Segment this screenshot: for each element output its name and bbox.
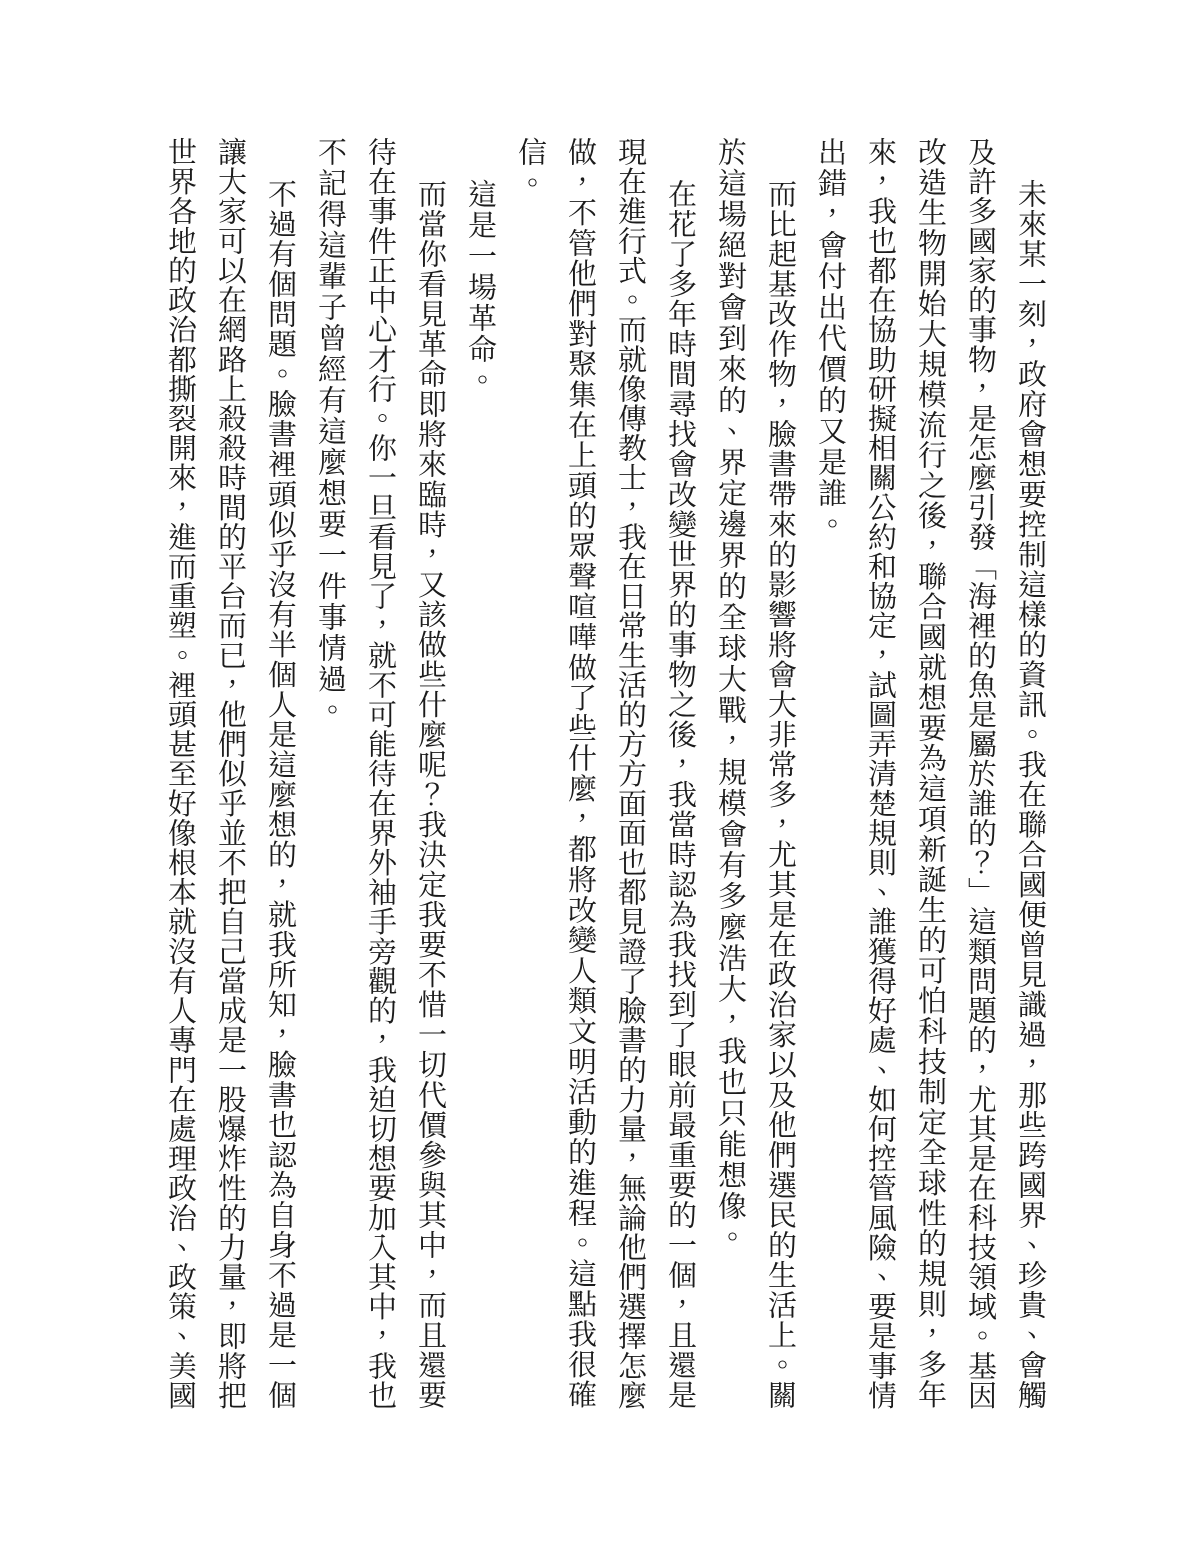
text-column-10: 做，不管他們對聚集在上頭的眾聲喧嘩做了些什麼，都將改變人類文明活動的進程。這點我… [555,137,605,1410]
text-column-16: 不過有個問題。臉書裡頭似乎沒有半個人是這麼想的，就我所知，臉書也認為自身不過是一… [255,137,305,1410]
text-column-5: 出錯，會付出代價的又是誰。 [805,137,855,1410]
text-column-6: 而比起基改作物，臉書帶來的影響將會大非常多，尤其是在政治家以及他們選民的生活上。… [755,137,805,1410]
text-column-8: 在花了多年時間尋找會改變世界的事物之後，我當時認為我找到了眼前最重要的一個，且還… [655,137,705,1410]
text-column-12: 這是一場革命。 [455,137,505,1410]
text-column-13: 而當你看見革命即將來臨時，又該做些什麼呢？我決定我要不惜一切代價參與其中，而且還… [405,137,455,1410]
text-column-15: 不記得這輩子曾經有這麼想要一件事情過。 [305,137,355,1410]
text-column-14: 待在事件正中心才行。你一旦看見了，就不可能待在界外袖手旁觀的，我迫切想要加入其中… [355,137,405,1410]
body-text: 未來某一刻，政府會想要控制這樣的資訊。我在聯合國便曾見識過，那些跨國界、珍貴、會… [155,137,1055,1410]
text-column-17: 讓大家可以在網路上殺殺時間的平台而已，他們似乎並不把自己當成是一股爆炸性的力量，… [205,137,255,1410]
text-column-1: 未來某一刻，政府會想要控制這樣的資訊。我在聯合國便曾見識過，那些跨國界、珍貴、會… [1005,137,1055,1410]
text-column-2: 及許多國家的事物，是怎麼引發「海裡的魚是屬於誰的？」這類問題的，尤其是在科技領域… [955,137,1005,1410]
text-column-7: 於這場絕對會到來的、界定邊界的全球大戰，規模會有多麼浩大，我也只能想像。 [705,137,755,1410]
text-column-3: 改造生物開始大規模流行之後，聯合國就想要為這項新誕生的可怕科技制定全球性的規則，… [905,137,955,1410]
text-column-11: 信。 [505,137,555,1410]
text-column-9: 現在進行式。而就像傳教士，我在日常生活的方方面面也都見證了臉書的力量，無論他們選… [605,137,655,1410]
text-column-18: 世界各地的政治都撕裂開來，進而重塑。裡頭甚至好像根本就沒有人專門在處理政治、政策… [155,137,205,1410]
text-column-4: 來，我也都在協助研擬相關公約和協定，試圖弄清楚規則、誰獲得好處、如何控管風險、要… [855,137,905,1410]
book-page: 未來某一刻，政府會想要控制這樣的資訊。我在聯合國便曾見識過，那些跨國界、珍貴、會… [0,0,1200,1553]
